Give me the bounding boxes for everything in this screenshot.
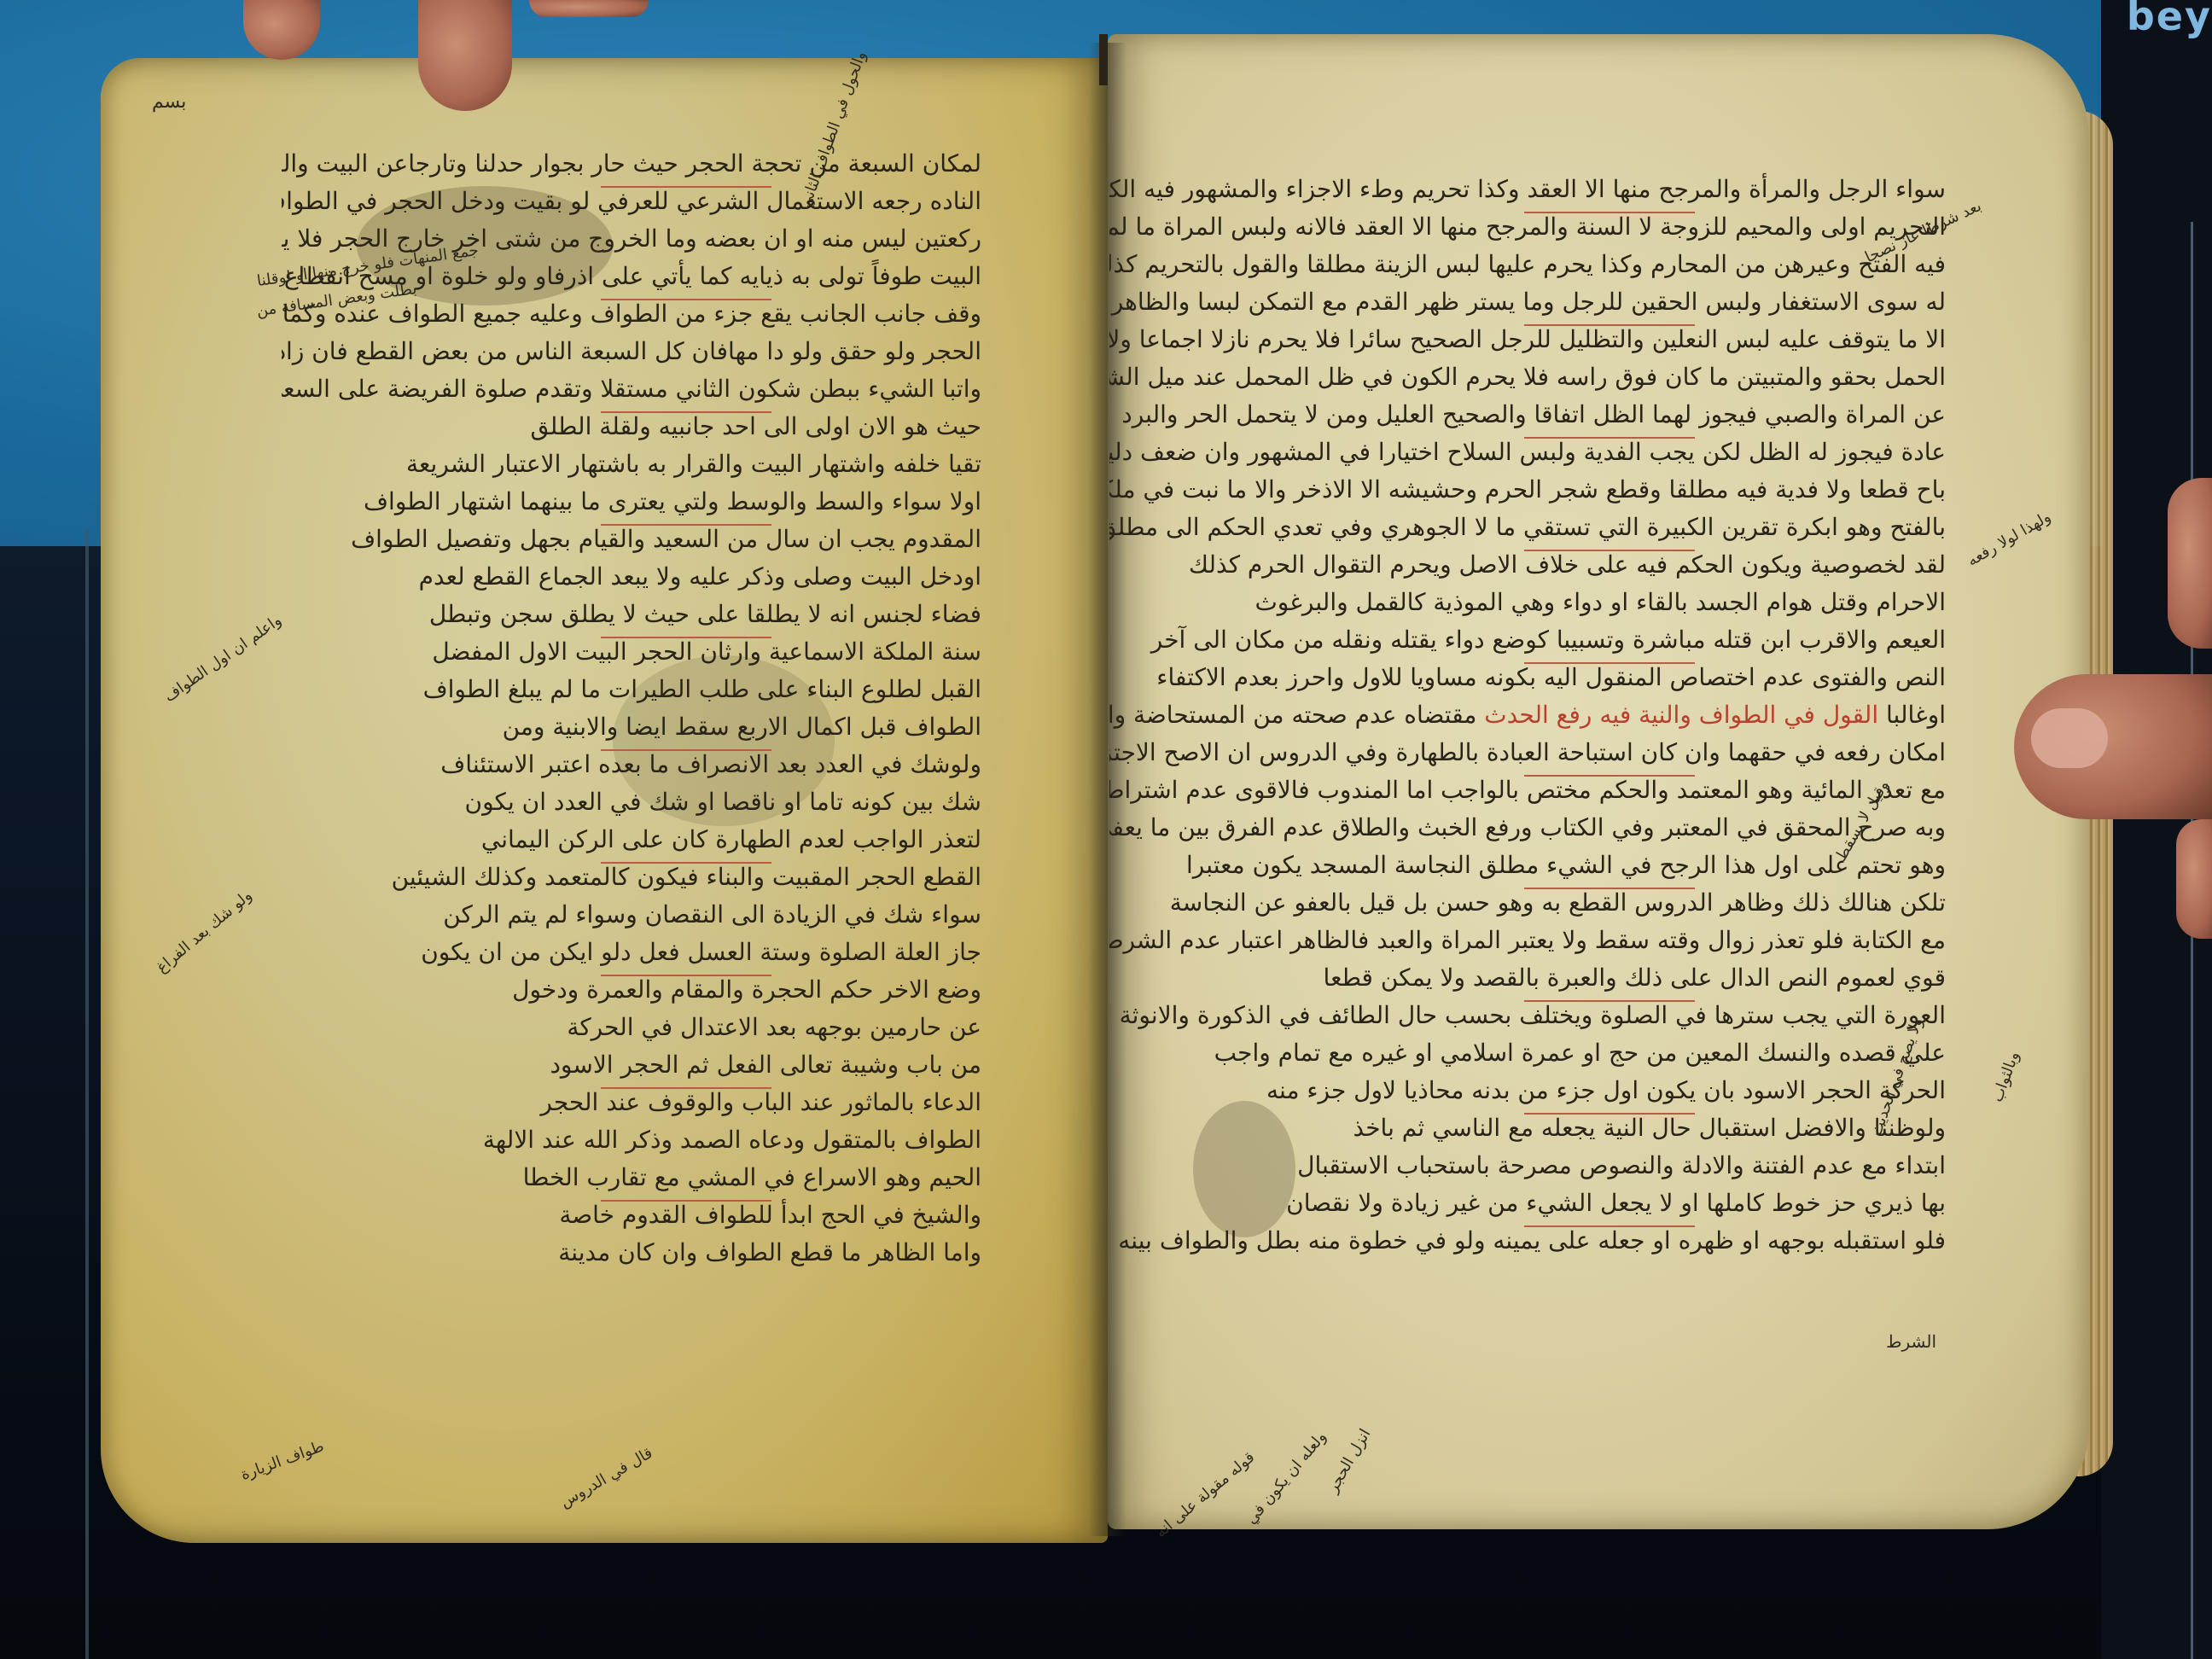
manuscript-line: سواء شك في الزيادة الى النقصان وسواء لم … <box>282 896 981 934</box>
frame-edge-right <box>2191 222 2193 1659</box>
manuscript-line: المقدوم يجب ان سال من السعيد والقيام بجه… <box>282 521 981 558</box>
manuscript-line: الا ما يتوقف عليه لبس النعلين والتظليل ل… <box>1109 321 1946 358</box>
line-segment: مقتضاه عدم صحته من المستحاضة والمتيمم لع… <box>1109 701 1476 729</box>
frame-edge <box>85 529 89 1659</box>
manuscript-line: سواء الرجل والمرأة والمرجح منها الا العق… <box>1109 171 1946 208</box>
manuscript-line: الطواف قبل اكمال الاربع سقط ايضا والابني… <box>282 708 981 746</box>
manuscript-line: عن المراة والصبي فيجوز لهما الظل اتفاقا … <box>1109 396 1946 434</box>
manuscript-line: ولوظننا والافضل استقبال حال النية يجعله … <box>1109 1109 1946 1147</box>
manuscript-line: اولا سواء والسط والوسط ولتي يعترى ما بين… <box>282 483 981 521</box>
corner-brand-fragment: bey <box>2127 0 2212 39</box>
finger <box>2168 478 2212 649</box>
finger <box>529 0 649 17</box>
manuscript-line: لمكان السبعة من تحجة الحجر حيث حار بجوار… <box>282 145 981 183</box>
manuscript-line: الناده رجعه الاستعمال الشرعي للعرفي لو ب… <box>282 183 981 220</box>
manuscript-line: بها ذيري حز خوط كاملها او لا يجعل الشيء … <box>1109 1185 1946 1222</box>
manuscript-line: الدعاء بالماثور عند الباب والوقوف عند ال… <box>282 1084 981 1121</box>
manuscript-line: عن حارمين بوجهه بعد الاعتدال في الحركة <box>282 1009 981 1046</box>
manuscript-line: ابتداء مع عدم الفتنة والادلة والنصوص مصر… <box>1109 1147 1946 1185</box>
manuscript-line: الطواف بالمتقول ودعاه الصمد وذكر الله عن… <box>282 1121 981 1159</box>
thumbnail <box>2031 708 2108 768</box>
margin-note: الشرط <box>1886 1331 1936 1352</box>
manuscript-line: باح قطعا ولا فدية فيه مطلقا وقطع شجر الح… <box>1109 471 1946 509</box>
manuscript-line: القبل لطلوع البناء على طلب الطيرات ما لم… <box>282 671 981 708</box>
manuscript-line: لقد لخصوصية ويكون الحكم فيه على خلاف الا… <box>1109 546 1946 584</box>
manuscript-line: ركعتين ليس منه او ان بعضه وما الخروج من … <box>282 220 981 258</box>
manuscript-line: تقيا خلفه واشتهار البيت والقرار به باشته… <box>282 445 981 483</box>
manuscript-line: القطع الحجر المقبيت والبناء فيكون كالمتع… <box>282 859 981 896</box>
manuscript-line: تلكن هنالك ذلك وظاهر الدروس القطع به وهو… <box>1109 884 1946 922</box>
manuscript-line: بالفتح وهو ابكرة تقرين الكبيرة التي تستق… <box>1109 509 1946 546</box>
manuscript-line: شك بين كونه تاما او ناقصا او شك في العدد… <box>282 783 981 821</box>
manuscript-line: لتعذر الواجب لعدم الطهارة كان على الركن … <box>282 821 981 859</box>
manuscript-line: الحركة الحجر الاسود بان يكون اول جزء من … <box>1109 1072 1946 1109</box>
manuscript-line: وبه صرح المحقق في المعتبر وفي الكتاب ورف… <box>1109 809 1946 847</box>
manuscript-line: الحمل بحقو والمتبيتن ما كان فوق راسه فلا… <box>1109 358 1946 396</box>
manuscript-line: التحريم اولى والمحيم للزوجة لا السنة وال… <box>1109 208 1946 246</box>
manuscript-line: من باب وشيبة تعالى الفعل ثم الحجر الاسود <box>282 1046 981 1084</box>
manuscript-line: ولوشك في العدد بعد الانصراف ما بعده اعتب… <box>282 746 981 783</box>
rubric-heading: القول في الطواف والنية فيه رفع الحدث <box>1476 701 1878 729</box>
manuscript-line: وضع الاخر حكم الحجرة والمقام والعمرة ودخ… <box>282 971 981 1009</box>
manuscript-line: جاز العلة الصلوة وستة العسل فعل دلو ايكن… <box>282 934 981 971</box>
corner-mark: بسم <box>152 92 186 113</box>
finger <box>418 0 512 111</box>
manuscript-line: مع الكتابة فلو تعذر زوال وقته سقط ولا يع… <box>1109 922 1946 959</box>
manuscript-line: الحجر ولو حقق ولو دا مهافان كل السبعة ال… <box>282 333 981 370</box>
manuscript-line: علي قصده والنسك المعين من حج او عمرة اسل… <box>1109 1034 1946 1072</box>
manuscript-line: واتبا الشيء ببطن شكون الثاني مستقلا وتقد… <box>282 370 981 408</box>
manuscript-line: قوي لعموم النص الدال على ذلك والعبرة بال… <box>1109 959 1946 997</box>
manuscript-line: وهو تحتم على اول هذا الرجح في الشيء مطلق… <box>1109 847 1946 884</box>
manuscript-line: العورة التي يجب سترها في الصلوة ويختلف ب… <box>1109 997 1946 1034</box>
left-page-text: لمكان السبعة من تحجة الحجر حيث حار بجوار… <box>282 145 981 1272</box>
manuscript-line: الحيم وهو الاسراع في المشي مع تقارب الخط… <box>282 1159 981 1196</box>
manuscript-line: حيث هو الان اولى الى احد جانبيه ولقلة ال… <box>282 408 981 445</box>
manuscript-line: واما الظاهر ما قطع الطواف وان كان مدينة <box>282 1234 981 1272</box>
manuscript-line: مع تعذر المائية وهو المعتمد والحكم مختص … <box>1109 771 1946 809</box>
manuscript-line: امكان رفعه في حقهما وان كان استباحة العب… <box>1109 734 1946 771</box>
manuscript-line: فضاء لجنس انه لا يطلقا على حيث لا يطلق س… <box>282 596 981 633</box>
finger <box>2176 819 2212 939</box>
manuscript-line: والشيخ في الحج ابدأ للطواف القدوم خاصة <box>282 1196 981 1234</box>
manuscript-line: النص والفتوى عدم اختصاص المنقول اليه بكو… <box>1109 659 1946 696</box>
manuscript-line: اودخل البيت وصلى وذكر عليه ولا يبعد الجم… <box>282 558 981 596</box>
manuscript-line: فيه الفتح وعيرهن من المحارم وكذا يحرم عل… <box>1109 246 1946 283</box>
manuscript-line: العيعم والاقرب ابن قتله مباشرة وتسبيبا ك… <box>1109 621 1946 659</box>
manuscript-line: فلو استقبله بوجهه او ظهره او جعله على يم… <box>1109 1222 1946 1260</box>
manuscript-line: اوغالبا القول في الطواف والنية فيه رفع ا… <box>1109 696 1946 734</box>
manuscript-line: عادة فيجوز له الظل لكن يجب الفدية ولبس ا… <box>1109 434 1946 471</box>
spine-fold <box>1099 34 1108 85</box>
manuscript-line: سنة الملكة الاسماعية وارثان الحجر البيت … <box>282 633 981 671</box>
line-segment: اوغالبا <box>1878 701 1946 729</box>
manuscript-line: الاحرام وقتل هوام الجسد بالقاء او دواء و… <box>1109 584 1946 621</box>
right-page-text: سواء الرجل والمرأة والمرجح منها الا العق… <box>1109 171 1946 1260</box>
manuscript-line: له سوى الاستغفار ولبس الحقين للرجل وما ي… <box>1109 283 1946 321</box>
